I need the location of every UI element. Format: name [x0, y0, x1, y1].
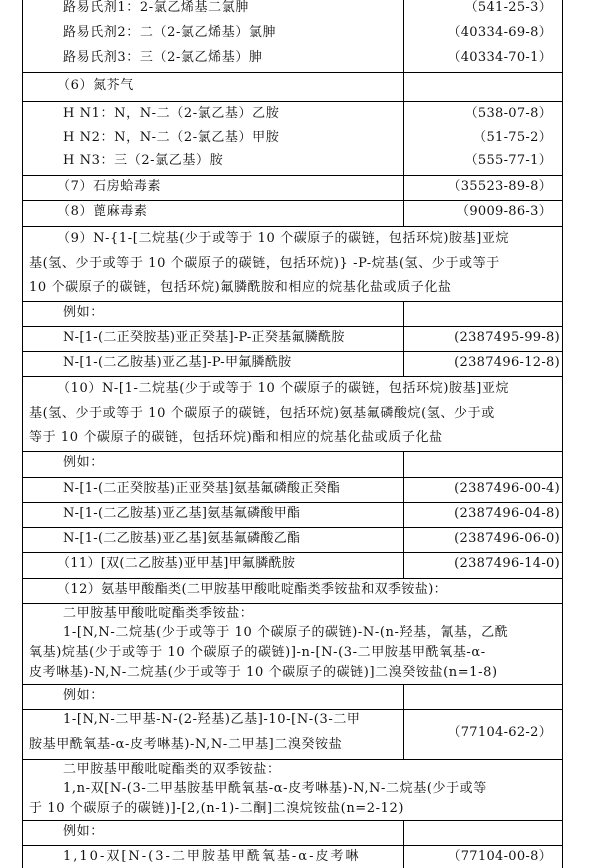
- table-row-example: 1,10-双[N-(3-二甲胺基甲酰氧基-α-皮考啉 （77104-00-8）: [23, 846, 562, 868]
- name-cell: （7）石房蛤毒素: [23, 176, 404, 200]
- table-row-example-label: 例如：: [23, 821, 562, 846]
- cas-number: （9009-86-3）: [456, 204, 552, 220]
- cas-cell: (2387496-06-0): [404, 528, 562, 552]
- cas-number: （35523-89-8）: [447, 179, 552, 195]
- cas-cell: (2387496-00-4): [404, 478, 562, 502]
- table-row-example: N-[1-(二乙胺基)亚乙基]氨基氟磷酸乙酯 (2387496-06-0): [23, 528, 562, 553]
- name-cell: 例如：: [23, 685, 404, 709]
- description-line: 氧基)烷基(少于或等于 10 个碳原子的碳链)]-n-[N-(3-二甲胺基甲酰氧…: [29, 645, 486, 661]
- cas-cell: （541-25-3） （40334-69-8） （40334-70-1）: [404, 0, 562, 72]
- subheading: 二甲胺基甲酸吡啶酯类的双季铵盐：: [63, 762, 281, 778]
- chemical-name: N-[1-(二正癸胺基)亚正癸基]-P-正癸基氟膦酰胺: [63, 330, 345, 346]
- chemical-name: N-[1-(二乙胺基)亚乙基]-P-甲氟膦酰胺: [63, 355, 291, 371]
- name-cell: 例如：: [23, 452, 404, 477]
- description-line: 皮考啉基)-N,N-二烷基(少于或等于 10 个碳原子的碳链)]二溴癸铵盐(n=…: [29, 665, 498, 681]
- cas-number: （555-77-1）: [465, 153, 552, 169]
- chemical-name: （7）石房蛤毒素: [57, 179, 161, 195]
- table-row-example: 1-[N,N-二甲基-N-(2-羟基)乙基]-10-[N-(3-二甲 胺基甲酰氧…: [23, 710, 562, 760]
- name-cell: （11）[双(二乙胺基)亚甲基]甲氟膦酰胺: [23, 553, 404, 578]
- name-cell: 例如：: [23, 821, 404, 845]
- description-line: 1-[N,N-二烷基(少于或等于 10 个碳原子的碳链)-N-(n-羟基，氰基，…: [63, 625, 508, 641]
- cas-cell: [404, 73, 562, 101]
- example-label: 例如：: [63, 455, 104, 471]
- table-row-example: N-[1-(二乙胺基)亚乙基]氨基氟磷酸甲酯 (2387496-04-8): [23, 503, 562, 528]
- cas-cell: (2387496-12-8): [404, 352, 562, 376]
- example-label: 例如：: [63, 305, 104, 321]
- cas-cell: (2387496-04-8): [404, 503, 562, 527]
- table-row-example: N-[1-(二正癸胺基)亚正癸基]-P-正癸基氟膦酰胺 (2387495-99-…: [23, 327, 562, 352]
- cas-cell: [404, 302, 562, 326]
- name-cell: （8）蓖麻毒素: [23, 201, 404, 226]
- cas-number: (2387496-14-0): [454, 556, 560, 572]
- cas-cell: [404, 685, 562, 709]
- table-row-nitrogen-mustard: H N1：N，N-二（2-氯乙基）乙胺 H N2：N，N-二（2-氯乙基）甲胺 …: [23, 102, 562, 176]
- example-label: 例如：: [63, 688, 104, 704]
- cas-number: (2387496-12-8): [454, 355, 560, 371]
- table-row-ricin: （8）蓖麻毒素 （9009-86-3）: [23, 201, 562, 227]
- description-line: 于 10 个碳原子的碳链)]-[2,(n-1)-二酮]二溴烷铵盐(n=2-12): [29, 801, 404, 817]
- table-row-quaternary-description: 二甲胺基甲酸吡啶酯类季铵盐： 1-[N,N-二烷基(少于或等于 10 个碳原子的…: [23, 604, 562, 685]
- cas-cell: (2387496-14-0): [404, 553, 562, 578]
- chemical-name: 路易氏剂1：2-氯乙烯基二氯胂: [63, 0, 249, 16]
- name-cell: 路易氏剂1：2-氯乙烯基二氯胂 路易氏剂2：二（2-氯乙烯基）氯胂 路易氏剂3：…: [23, 0, 404, 72]
- cas-cell: [404, 452, 562, 477]
- document-page: 路易氏剂1：2-氯乙烯基二氯胂 路易氏剂2：二（2-氯乙烯基）氯胂 路易氏剂3：…: [0, 0, 590, 868]
- table-row-example: N-[1-(二正癸胺基)正亚癸基]氨基氟磷酸正癸酯 (2387496-00-4): [23, 478, 562, 503]
- cas-cell: （77104-00-8）: [404, 846, 562, 868]
- cas-cell: （9009-86-3）: [404, 201, 562, 226]
- table-row-saxitoxin: （7）石房蛤毒素 （35523-89-8）: [23, 176, 562, 201]
- cas-cell: （35523-89-8）: [404, 176, 562, 200]
- cas-cell: （538-07-8） （51-75-2） （555-77-1）: [404, 102, 562, 175]
- table-row-item11: （11）[双(二乙胺基)亚甲基]甲氟膦酰胺 (2387496-14-0): [23, 553, 562, 579]
- name-cell: 1-[N,N-二甲基-N-(2-羟基)乙基]-10-[N-(3-二甲 胺基甲酰氧…: [23, 710, 404, 759]
- table-row-bis-quaternary-description: 二甲胺基甲酸吡啶酯类的双季铵盐： 1,n-双[N-(3-二甲基胺基甲酰氧基-α-…: [23, 760, 562, 821]
- chemical-schedule-table: 路易氏剂1：2-氯乙烯基二氯胂 路易氏剂2：二（2-氯乙烯基）氯胂 路易氏剂3：…: [22, 0, 563, 868]
- cas-number: （51-75-2）: [473, 130, 552, 146]
- cas-number: (2387496-04-8): [454, 506, 560, 522]
- name-cell: N-[1-(二乙胺基)亚乙基]氨基氟磷酸甲酯: [23, 503, 404, 527]
- description-line: 10 个碳原子的碳链，包括环烷)氟膦酰胺和相应的烷基化盐或质子化盐: [29, 280, 452, 296]
- chemical-name: N-[1-(二正癸胺基)正亚癸基]氨基氟磷酸正癸酯: [63, 481, 340, 497]
- chemical-name-line: 1-[N,N-二甲基-N-(2-羟基)乙基]-10-[N-(3-二甲: [63, 712, 361, 728]
- cas-number: （77104-00-8）: [447, 849, 552, 865]
- chemical-name: （8）蓖麻毒素: [57, 204, 147, 220]
- table-row-example-label: 例如：: [23, 452, 562, 478]
- cas-number: （541-25-3）: [465, 0, 552, 16]
- cas-number: (2387496-00-4): [454, 481, 560, 497]
- chemical-name: H N1：N，N-二（2-氯乙基）乙胺: [63, 106, 279, 122]
- cas-number: (2387495-99-8): [454, 330, 560, 346]
- description-line: （9）N-{1-[二烷基(少于或等于 10 个碳原子的碳链，包括环烷)胺基]亚烷: [57, 231, 509, 247]
- description-line: 基(氢、少于或等于 10 个碳原子的碳链，包括环烷)氨基氟磷酸烷(氢、少于或: [29, 406, 495, 422]
- subheading: 二甲胺基甲酸吡啶酯类季铵盐：: [63, 606, 253, 622]
- table-row-example: N-[1-(二乙胺基)亚乙基]-P-甲氟膦酰胺 (2387496-12-8): [23, 352, 562, 377]
- cas-cell: [404, 821, 562, 845]
- description-line: （10）N-[1-二烷基(少于或等于 10 个碳原子的碳链，包括环烷)胺基]亚烷: [57, 381, 509, 397]
- chemical-name: N-[1-(二乙胺基)亚乙基]氨基氟磷酸乙酯: [63, 531, 300, 547]
- name-cell: 例如：: [23, 302, 404, 326]
- table-row-nitrogen-mustard-heading: （6）氮芥气: [23, 73, 562, 102]
- cas-number: （40334-69-8）: [447, 25, 552, 41]
- cas-cell: (2387495-99-8): [404, 327, 562, 351]
- table-row-lewisite: 路易氏剂1：2-氯乙烯基二氯胂 路易氏剂2：二（2-氯乙烯基）氯胂 路易氏剂3：…: [23, 0, 562, 73]
- chemical-name: H N3：三（2-氯乙基）胺: [63, 153, 223, 169]
- chemical-name: H N2：N，N-二（2-氯乙基）甲胺: [63, 130, 279, 146]
- table-row-example-label: 例如：: [23, 302, 562, 327]
- name-cell: H N1：N，N-二（2-氯乙基）乙胺 H N2：N，N-二（2-氯乙基）甲胺 …: [23, 102, 404, 175]
- name-cell: N-[1-(二正癸胺基)正亚癸基]氨基氟磷酸正癸酯: [23, 478, 404, 502]
- chemical-name: N-[1-(二乙胺基)亚乙基]氨基氟磷酸甲酯: [63, 506, 300, 522]
- description-line: 1,n-双[N-(3-二甲基胺基甲酰氧基-α-皮考啉基)-N,N-二烷基(少于或…: [63, 781, 487, 797]
- chemical-name-line: 1,10-双[N-(3-二甲胺基甲酰氧基-α-皮考啉: [63, 849, 360, 865]
- name-cell: N-[1-(二乙胺基)亚乙基]氨基氟磷酸乙酯: [23, 528, 404, 552]
- description-line: 基(氢、少于或等于 10 个碳原子的碳链，包括环烷)} -P-烷基(氢、少于或等…: [29, 256, 500, 272]
- name-cell: N-[1-(二正癸胺基)亚正癸基]-P-正癸基氟膦酰胺: [23, 327, 404, 351]
- cas-number: （40334-70-1）: [447, 50, 552, 66]
- section-heading: （6）氮芥气: [57, 78, 134, 94]
- section-heading: （12）氨基甲酸酯类(二甲胺基甲酸吡啶酯类季铵盐和双季铵盐)：: [57, 582, 447, 598]
- name-cell: 1,10-双[N-(3-二甲胺基甲酰氧基-α-皮考啉: [23, 846, 404, 868]
- chemical-name: 路易氏剂2：二（2-氯乙烯基）氯胂: [63, 25, 276, 41]
- table-row-example-label: 例如：: [23, 685, 562, 710]
- cas-cell: （77104-62-2）: [404, 710, 562, 759]
- description-line: 等于 10 个碳原子的碳链，包括环烷)酯和相应的烷基化盐或质子化盐: [29, 430, 443, 446]
- chemical-name: 路易氏剂3：三（2-氯乙烯基）胂: [63, 50, 263, 66]
- cas-number: (2387496-06-0): [454, 531, 560, 547]
- example-label: 例如：: [63, 824, 104, 840]
- table-row-item12-heading: （12）氨基甲酸酯类(二甲胺基甲酸吡啶酯类季铵盐和双季铵盐)：: [23, 579, 562, 604]
- table-row-item10-description: （10）N-[1-二烷基(少于或等于 10 个碳原子的碳链，包括环烷)胺基]亚烷…: [23, 377, 562, 452]
- name-cell: N-[1-(二乙胺基)亚乙基]-P-甲氟膦酰胺: [23, 352, 404, 376]
- chemical-name-line: 胺基甲酰氧基-α-皮考啉基)-N,N-二甲基]二溴癸铵盐: [29, 737, 342, 753]
- cas-number: （538-07-8）: [465, 106, 552, 122]
- cas-number: （77104-62-2）: [447, 725, 552, 741]
- name-cell: （6）氮芥气: [23, 73, 404, 101]
- chemical-name: （11）[双(二乙胺基)亚甲基]甲氟膦酰胺: [57, 556, 295, 572]
- table-row-item9-description: （9）N-{1-[二烷基(少于或等于 10 个碳原子的碳链，包括环烷)胺基]亚烷…: [23, 227, 562, 302]
